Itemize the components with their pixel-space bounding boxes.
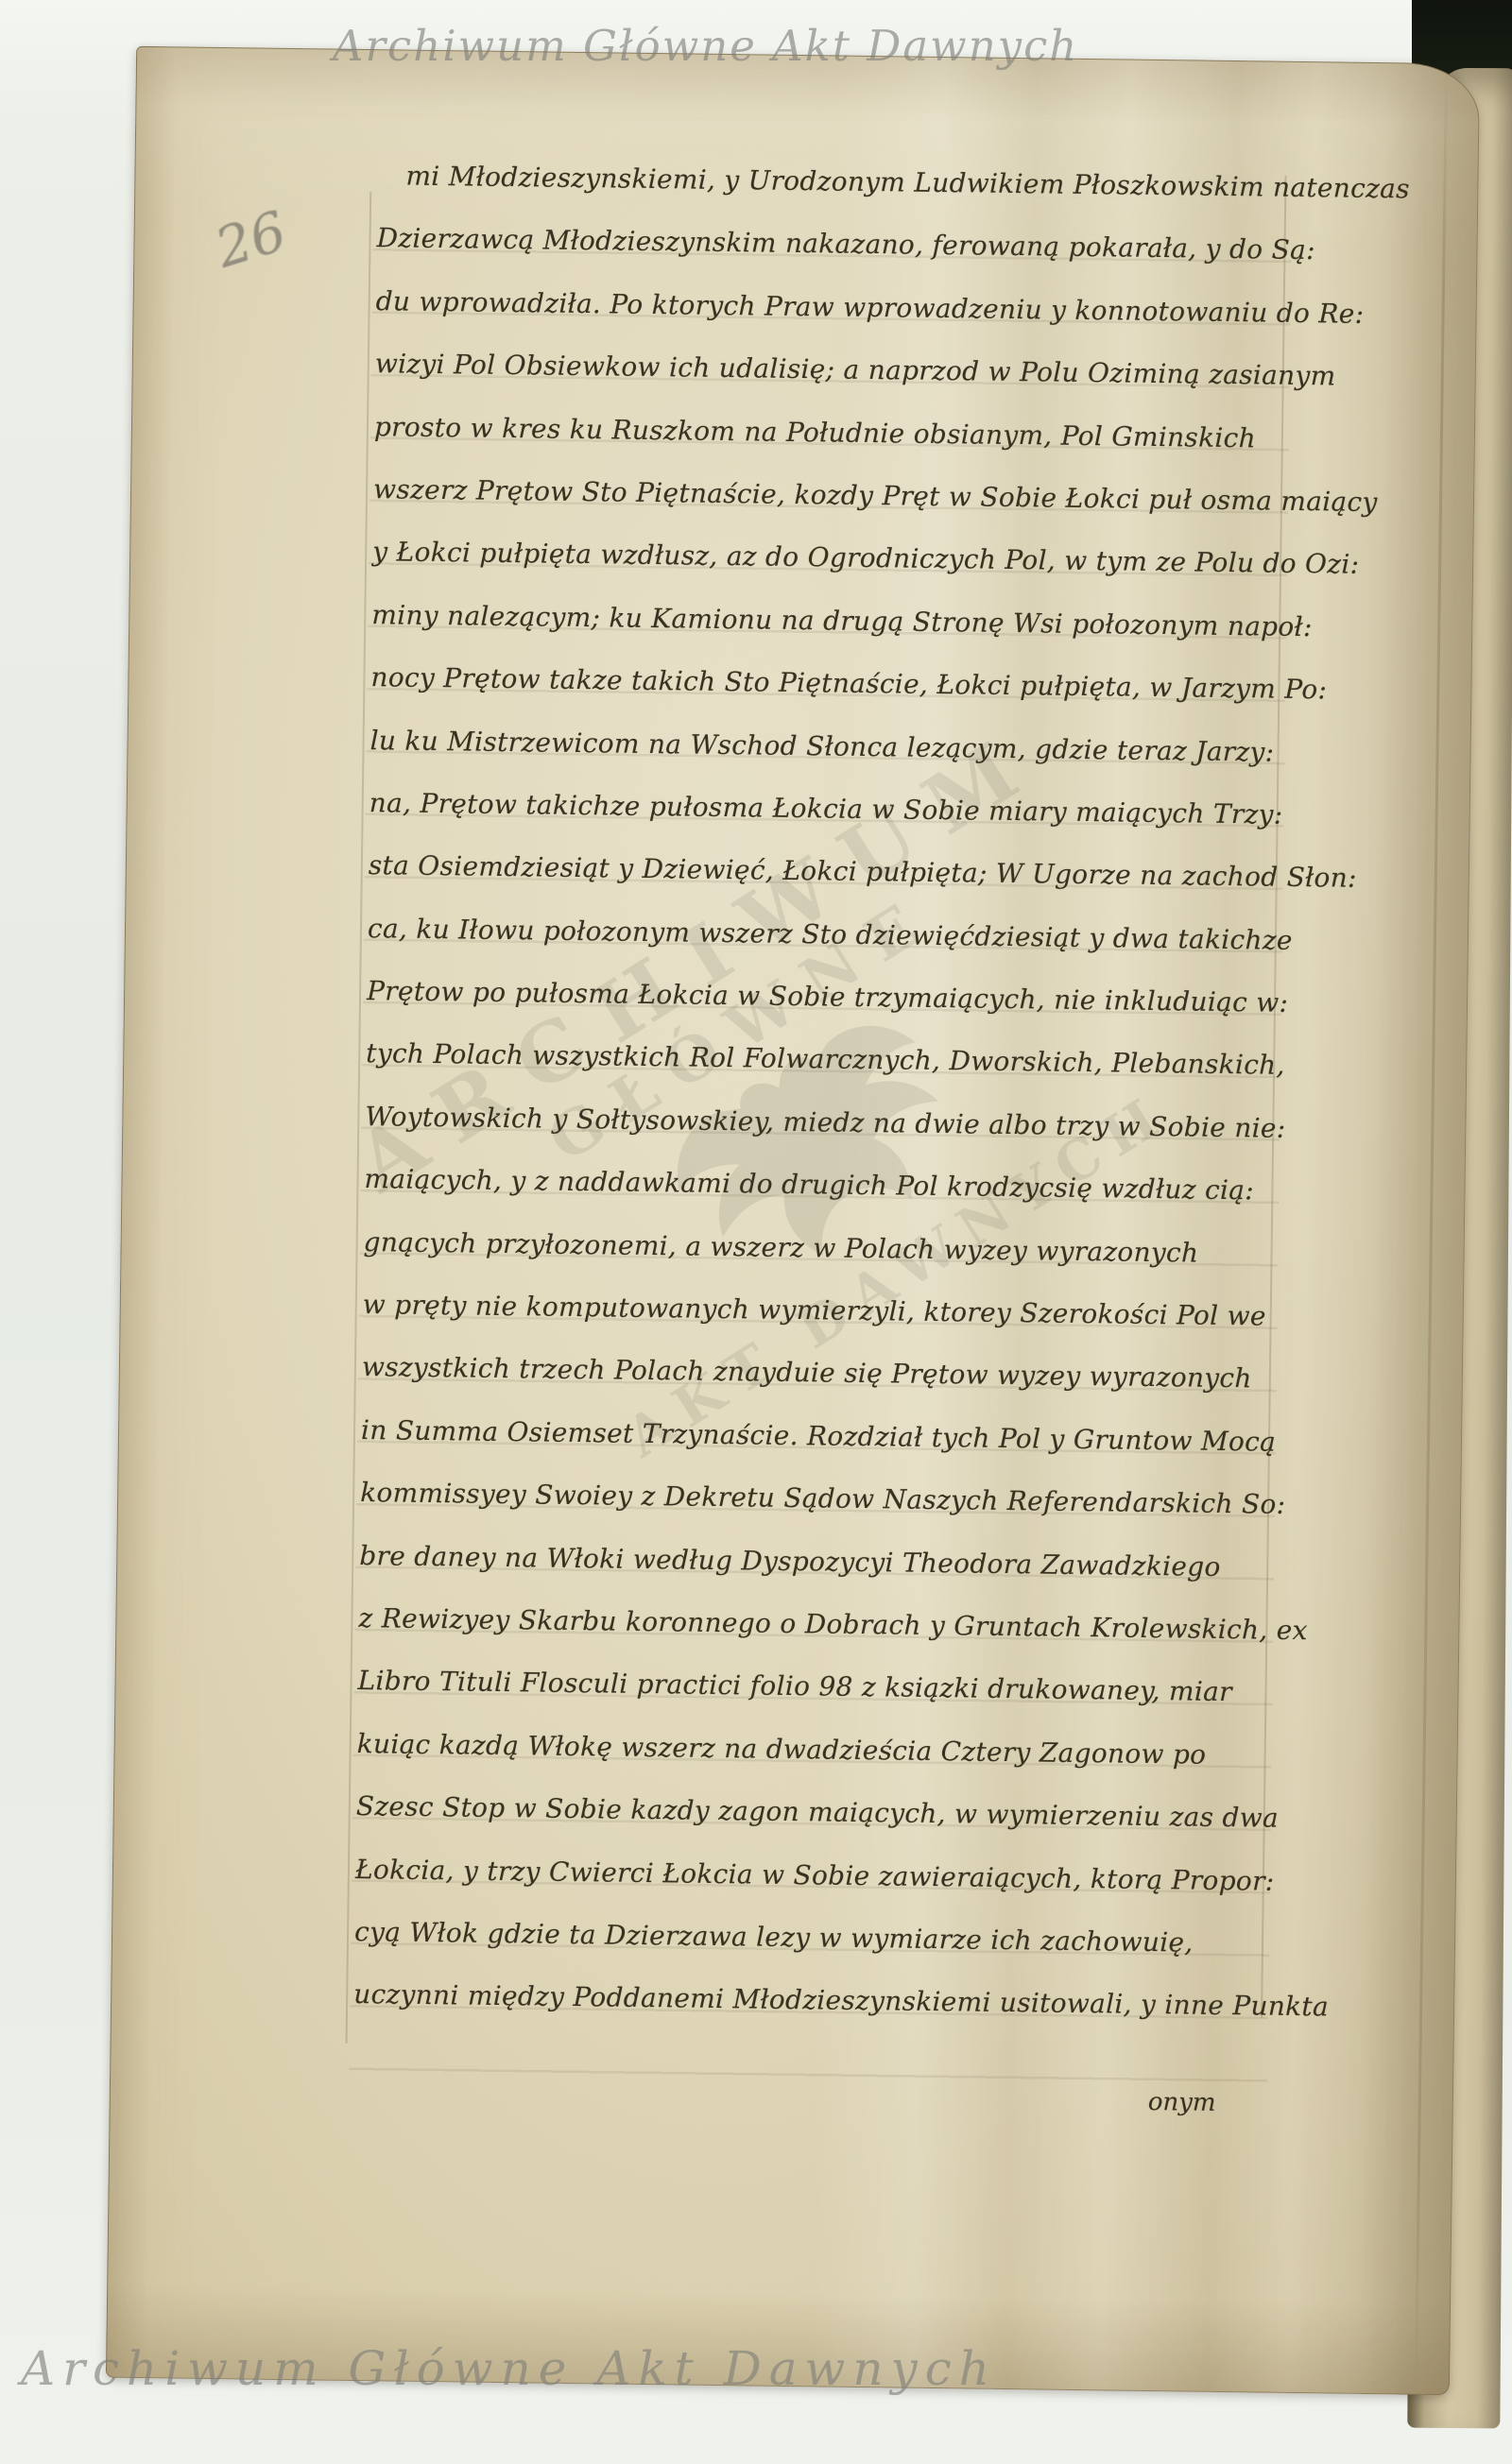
manuscript-line: Woytowskich y Sołtysowskiey, miedz na dw… [365, 1086, 1287, 1160]
manuscript-page: ARCHIWUM GŁÓWNE AKT DAWNYCH 26 mi Młodzi… [106, 46, 1480, 2395]
manuscript-text-block: mi Młodzieszynskiemi, y Urodzonym Ludwik… [353, 145, 1299, 2038]
manuscript-line: lu ku Mistrzewicom na Wschod Słonca lezą… [369, 710, 1292, 784]
manuscript-line: z Rewizyey Skarbu koronnego o Dobrach y … [358, 1587, 1280, 1662]
manuscript-line: cyą Włok gdzie ta Dzierzawa lezy w wymia… [354, 1901, 1277, 1976]
manuscript-line: w pręty nie komputowanych wymierzyli, kt… [362, 1274, 1284, 1348]
manuscript-line: uczynni między Poddanemi Młodzieszynskie… [353, 1963, 1276, 2038]
manuscript-line: Łokcia, y trzy Cwierci Łokcia w Sobie za… [355, 1839, 1278, 1913]
manuscript-line: mi Młodzieszynskiemi, y Urodzonym Ludwik… [377, 145, 1299, 219]
manuscript-line: in Summa Osiemset Trzynaście. Rozdział t… [361, 1399, 1283, 1474]
manuscript-line: wszerz Prętow Sto Piętnaście, kozdy Pręt… [373, 458, 1296, 533]
manuscript-line: Libro Tituli Flosculi practici folio 98 … [357, 1650, 1280, 1724]
pencil-annotation: 26 [208, 198, 294, 281]
manuscript-line: maiących, y z naddawkami do drugich Pol … [364, 1148, 1286, 1223]
manuscript-line: du wprowadziła. Po ktorych Praw wprowadz… [375, 270, 1297, 345]
manuscript-line: ca, ku Iłowu połozonym wszerz Sto dziewi… [368, 898, 1290, 972]
manuscript-line: miny nalezącym; ku Kamionu na drugą Stro… [371, 584, 1294, 659]
catchword: onym [1148, 2088, 1216, 2117]
page-crease [1415, 64, 1448, 2394]
manuscript-line: Prętow po pułosma Łokcia w Sobie trzymai… [367, 960, 1289, 1035]
manuscript-line: prosto w kres ku Ruszkom na Południe obs… [374, 396, 1297, 471]
manuscript-line: Dzierzawcą Młodzieszynskim nakazano, fer… [376, 208, 1298, 282]
manuscript-line: kuiąc kazdą Włokę wszerz na dwadzieścia … [356, 1713, 1279, 1788]
manuscript-line: sta Osiemdziesiąt y Dziewięć, Łokci pułp… [368, 834, 1290, 909]
manuscript-line: y Łokci pułpięta wzdłusz, az do Ogrodnic… [372, 521, 1295, 595]
manuscript-line: tych Polach wszystkich Rol Folwarcznych,… [366, 1023, 1288, 1098]
scanned-archive-image: ARCHIWUM GŁÓWNE AKT DAWNYCH 26 mi Młodzi… [0, 0, 1512, 2464]
manuscript-line: wizyi Pol Obsiewkow ich udalisię; a napr… [374, 333, 1297, 407]
manuscript-line: gnących przyłozonemi, a wszerz w Polach … [363, 1211, 1285, 1286]
manuscript-line: nocy Prętow takze takich Sto Piętnaście,… [370, 646, 1293, 721]
manuscript-line: kommissyey Swoiey z Dekretu Sądow Naszyc… [360, 1462, 1282, 1536]
manuscript-line: bre daney na Włoki według Dyspozycyi The… [359, 1525, 1281, 1600]
manuscript-line: na, Prętow takichze pułosma Łokcia w Sob… [369, 772, 1291, 847]
manuscript-line: wszystkich trzech Polach znayduie się Pr… [361, 1336, 1283, 1411]
manuscript-line: Szesc Stop w Sobie kazdy zagon maiących,… [355, 1775, 1278, 1850]
